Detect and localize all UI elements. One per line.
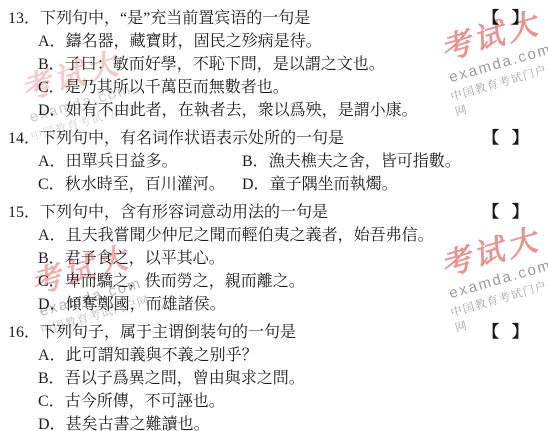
option-text: 鑄名器，藏寶財，固民之殄病是待。 <box>66 33 322 50</box>
option-label: A． <box>38 153 66 170</box>
option-text: 田單兵日益多。 <box>66 153 178 170</box>
option-text: 漁夫樵夫之舍，皆可指數。 <box>269 153 461 170</box>
option-text: 君子食之，以平其心。 <box>65 250 225 267</box>
option-d: D．童子隅坐而執燭。 <box>242 173 398 196</box>
option-label: D． <box>38 416 66 431</box>
option-label: C． <box>38 79 65 96</box>
option-text: 傾奪鄭國，而雄諸侯。 <box>66 296 226 313</box>
option-text: 吾以子爲異之問，曾由與求之問。 <box>65 370 305 387</box>
option-label: B． <box>38 250 65 267</box>
bracket-left: 【 <box>483 321 499 344</box>
option-b: B．漁夫樵夫之舍，皆可指數。 <box>242 150 461 173</box>
option-b: B．吾以子爲異之問，曾由與求之問。 <box>0 367 548 390</box>
option-a: A．鑄名器，藏寶財，固民之殄病是待。 <box>0 30 548 53</box>
option-b: B．君子食之，以平其心。 <box>0 247 548 270</box>
option-c: C．秋水時至，百川灌河。 <box>0 173 242 196</box>
question-stem: 下列句中，含有形容词意动用法的一句是 <box>40 204 328 221</box>
option-b: B．子曰：敏而好學，不恥下問，是以謂之文也。 <box>0 53 548 76</box>
bracket-left: 【 <box>483 201 499 224</box>
option-label: A． <box>38 227 66 244</box>
bracket-right: 】 <box>512 321 528 344</box>
question-stem: 下列句中，有名词作状语表示处所的一句是 <box>40 130 344 147</box>
option-d: D．傾奪鄭國，而雄諸侯。 <box>0 293 548 316</box>
question-15: 15．下列句中，含有形容词意动用法的一句是 【】 A．且夫我嘗聞少仲尼之聞而輕伯… <box>0 201 548 316</box>
question-16: 16．下列句子，属于主谓倒装句的一句是 【】 A．此可謂知義與不義之别乎？ B．… <box>0 321 548 431</box>
option-text: 秋水時至，百川灌河。 <box>65 176 225 193</box>
option-text: 甚矣古書之難讀也。 <box>66 416 210 431</box>
option-text: 此可謂知義與不義之别乎？ <box>66 347 258 364</box>
option-text: 古今所傳，不可誣也。 <box>65 393 225 410</box>
option-label: C． <box>38 176 65 193</box>
question-number: 14． <box>8 130 40 147</box>
option-c: C．卑而驕之，佚而勞之，親而離之。 <box>0 270 548 293</box>
option-text: 是乃其所以千萬臣而無數者也。 <box>65 79 289 96</box>
question-number: 13． <box>8 10 40 27</box>
answer-brackets: 【】 <box>483 7 528 30</box>
option-label: C． <box>38 273 65 290</box>
option-label: B． <box>38 56 65 73</box>
option-label: D． <box>242 176 270 193</box>
bracket-right: 】 <box>512 127 528 150</box>
option-text: 子曰：敏而好學，不恥下問，是以謂之文也。 <box>65 56 385 73</box>
option-text: 如有不由此者，在執者去，衆以爲殃，是謂小康。 <box>66 102 418 119</box>
bracket-left: 【 <box>483 127 499 150</box>
option-label: A． <box>38 33 66 50</box>
bracket-right: 】 <box>512 7 528 30</box>
option-a: A．且夫我嘗聞少仲尼之聞而輕伯夷之義者，始吾弗信。 <box>0 224 548 247</box>
option-c: C．古今所傳，不可誣也。 <box>0 390 548 413</box>
question-stem: 下列句中，“是”充当前置宾语的一句是 <box>40 10 310 27</box>
bracket-right: 】 <box>512 201 528 224</box>
option-label: C． <box>38 393 65 410</box>
option-a: A．田單兵日益多。 <box>0 150 242 173</box>
answer-brackets: 【】 <box>483 127 528 150</box>
question-14: 14．下列句中，有名词作状语表示处所的一句是 【】 A．田單兵日益多。 B．漁夫… <box>0 127 548 196</box>
answer-brackets: 【】 <box>483 321 528 344</box>
question-13: 13．下列句中，“是”充当前置宾语的一句是 【】 A．鑄名器，藏寶財，固民之殄病… <box>0 7 548 122</box>
bracket-left: 【 <box>483 7 499 30</box>
question-number: 16． <box>8 324 40 341</box>
question-stem: 下列句子，属于主谓倒装句的一句是 <box>40 324 296 341</box>
exam-page: 13．下列句中，“是”充当前置宾语的一句是 【】 A．鑄名器，藏寶財，固民之殄病… <box>0 0 548 431</box>
option-label: A． <box>38 347 66 364</box>
option-text: 卑而驕之，佚而勞之，親而離之。 <box>65 273 305 290</box>
answer-brackets: 【】 <box>483 201 528 224</box>
option-text: 童子隅坐而執燭。 <box>270 176 398 193</box>
option-text: 且夫我嘗聞少仲尼之聞而輕伯夷之義者，始吾弗信。 <box>66 227 434 244</box>
option-label: B． <box>38 370 65 387</box>
question-number: 15． <box>8 204 40 221</box>
option-d: D．如有不由此者，在執者去，衆以爲殃，是謂小康。 <box>0 99 548 122</box>
option-a: A．此可謂知義與不義之别乎？ <box>0 344 548 367</box>
option-label: D． <box>38 296 66 313</box>
option-d: D．甚矣古書之難讀也。 <box>0 413 548 431</box>
option-label: D． <box>38 102 66 119</box>
option-c: C．是乃其所以千萬臣而無數者也。 <box>0 76 548 99</box>
option-label: B． <box>242 153 269 170</box>
